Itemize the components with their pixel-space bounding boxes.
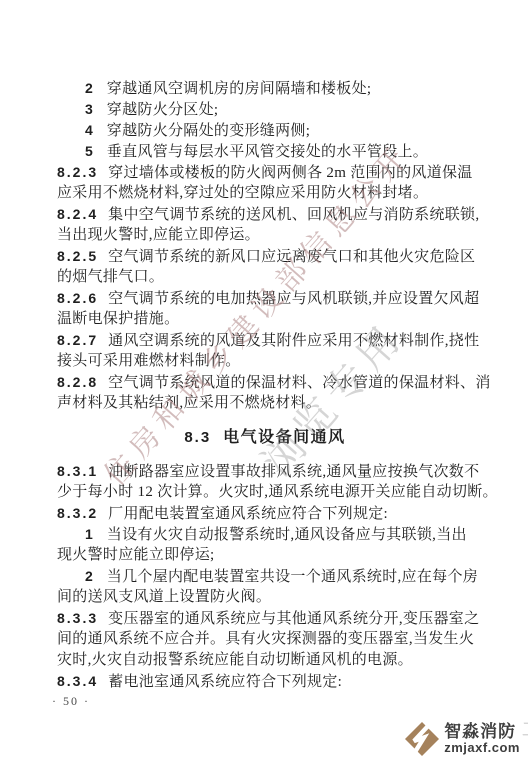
text-line: 8.2.3穿过墙体或楼板的防火阀两侧各 2m 范围内的风道保温 — [57, 162, 473, 183]
line-text: 集中空气调节系统的送风机、回风机应与消防系统联锁, — [108, 207, 479, 223]
line-text: 的烟气排气口。 — [57, 269, 164, 285]
vendor-brand-name: 智淼消防 — [444, 723, 520, 741]
text-line: 当出现火警时,应能立即停运。 — [57, 225, 473, 246]
vendor-stamp: 智淼消防 zmjaxf.com 工程 — [403, 720, 520, 758]
text-line: 温断电保护措施。 — [57, 309, 473, 330]
clause-number: 1 — [85, 526, 93, 542]
text-line: 现火警时应能立即停运; — [57, 545, 473, 566]
text-line: 2当几个屋内配电装置室共设一个通风系统时,应在每个房 — [57, 566, 473, 587]
clause-number: 8.3.3 — [57, 610, 98, 626]
text-line: 8.2.7通风空调系统的风道及其附件应采用不燃材料制作,挠性 — [57, 330, 473, 351]
text-line: 8.2.4集中空气调节系统的送风机、回风机应与消防系统联锁, — [57, 204, 473, 225]
line-text: 灾时,火灾自动报警系统应能自动切断通风机的电源。 — [57, 652, 413, 668]
line-text: 穿越防火分区处; — [107, 102, 219, 118]
vendor-stamp-texts: 智淼消防 zmjaxf.com 工程 — [444, 723, 520, 754]
line-text: 穿越通风空调机房的房间隔墙和楼板处; — [107, 81, 372, 97]
text-line: 8.2.8空气调节系统风道的保温材料、冷水管道的保温材料、消 — [57, 372, 473, 393]
line-text: 穿过墙体或楼板的防火阀两侧各 2m 范围内的风道保温 — [108, 165, 472, 181]
line-text: 通风空调系统的风道及其附件应采用不燃材料制作,挠性 — [108, 333, 479, 349]
line-text: 应采用不燃烧材料,穿过处的空隙应采用防火材料封堵。 — [57, 185, 428, 201]
clause-number: 5 — [85, 143, 93, 159]
clause-number: 8.3.2 — [57, 505, 98, 521]
text-line: 3穿越防火分区处; — [57, 99, 473, 120]
document-body: 2穿越通风空调机房的房间隔墙和楼板处; 3穿越防火分区处; 4穿越防火分隔处的变… — [57, 78, 473, 692]
line-text: 垂直风管与每层水平风管交接处的水平管段上。 — [107, 144, 428, 160]
line-text: 蓄电池室通风系统应符合下列规定: — [108, 674, 342, 690]
line-text: 接头可采用难燃材料制作。 — [57, 353, 241, 369]
clause-number: 8.3.4 — [57, 673, 98, 689]
line-text: 温断电保护措施。 — [57, 311, 179, 327]
line-text: 变压器室的通风系统应与其他通风系统分开,变压器室之 — [108, 611, 479, 627]
faint-watermark-text: 工程 — [522, 721, 528, 739]
clause-number: 8.3.1 — [57, 463, 98, 479]
line-text: 间的通风系统不应合并。具有火灾探测器的变压器室,当发生火 — [57, 631, 474, 647]
text-line: 灾时,火灾自动报警系统应能自动切断通风机的电源。 — [57, 650, 473, 671]
text-line: 8.3电气设备间通风 — [57, 427, 473, 449]
line-text: 空气调节系统风道的保温材料、冷水管道的保温材料、消 — [108, 375, 491, 391]
line-text: 少于每小时 12 次计算。火灾时,通风系统电源开关应能自动切断。 — [57, 484, 498, 500]
clause-number: 2 — [85, 80, 93, 96]
clause-number: 8.3 — [184, 429, 211, 446]
clause-number: 8.2.5 — [57, 248, 98, 264]
text-line: 8.3.1油断路器室应设置事故排风系统,通风量应按换气次数不 — [57, 461, 473, 482]
line-text: 穿越防火分隔处的变形缝两侧; — [107, 123, 310, 139]
clause-number: 8.2.3 — [57, 164, 98, 180]
text-line: 8.3.4蓄电池室通风系统应符合下列规定: — [57, 671, 473, 692]
text-line: 间的送风支风道上设置防火阀。 — [57, 587, 473, 608]
line-text: 空气调节系统的电加热器应与风机联锁,并应设置欠风超 — [108, 291, 479, 307]
text-line: 接头可采用难燃材料制作。 — [57, 351, 473, 372]
vendor-domain: zmjaxf.com — [444, 741, 520, 755]
text-line: 少于每小时 12 次计算。火灾时,通风系统电源开关应能自动切断。 — [57, 482, 473, 503]
line-text: 声材料及其粘结剂,应采用不燃烧材料。 — [57, 395, 321, 411]
text-line: 5垂直风管与每层水平风管交接处的水平管段上。 — [57, 141, 473, 162]
line-text: 间的送风支风道上设置防火阀。 — [57, 589, 271, 605]
line-text: 当出现火警时,应能立即停运。 — [57, 227, 260, 243]
clause-number: 2 — [85, 568, 93, 584]
text-line: 8.3.3变压器室的通风系统应与其他通风系统分开,变压器室之 — [57, 608, 473, 629]
text-line: 8.3.2厂用配电装置室通风系统应符合下列规定: — [57, 503, 473, 524]
clause-number: 8.2.8 — [57, 374, 98, 390]
page-number: · 50 · — [52, 694, 90, 709]
text-line: 声材料及其粘结剂,应采用不燃烧材料。 — [57, 393, 473, 414]
line-text: 现火警时应能立即停运; — [57, 547, 214, 563]
text-line: 应采用不燃烧材料,穿过处的空隙应采用防火材料封堵。 — [57, 183, 473, 204]
text-line: 4穿越防火分隔处的变形缝两侧; — [57, 120, 473, 141]
text-line: 间的通风系统不应合并。具有火灾探测器的变压器室,当发生火 — [57, 629, 473, 650]
line-text: 油断路器室应设置事故排风系统,通风量应按换气次数不 — [108, 464, 479, 480]
clause-number: 8.2.7 — [57, 332, 98, 348]
line-text: 电气设备间通风 — [223, 429, 346, 446]
line-text: 厂用配电装置室通风系统应符合下列规定: — [108, 506, 388, 522]
clause-number: 4 — [85, 122, 93, 138]
line-text: 当几个屋内配电装置室共设一个通风系统时,应在每个房 — [107, 569, 478, 585]
line-text: 当设有火灾自动报警系统时,通风设备应与其联锁,当出 — [107, 527, 467, 543]
clause-number: 8.2.4 — [57, 206, 98, 222]
text-line: 1当设有火灾自动报警系统时,通风设备应与其联锁,当出 — [57, 524, 473, 545]
clause-number: 8.2.6 — [57, 290, 98, 306]
text-line: 8.2.6空气调节系统的电加热器应与风机联锁,并应设置欠风超 — [57, 288, 473, 309]
diamond-bolt-icon — [403, 720, 441, 758]
line-text: 空气调节系统的新风口应远离废气口和其他火灾危险区 — [108, 249, 475, 265]
text-line: 8.2.5空气调节系统的新风口应远离废气口和其他火灾危险区 — [57, 246, 473, 267]
text-line: 的烟气排气口。 — [57, 267, 473, 288]
clause-number: 3 — [85, 101, 93, 117]
text-line: 2穿越通风空调机房的房间隔墙和楼板处; — [57, 78, 473, 99]
document-page: 住房和城乡建设部信息公开 浏览专用 2穿越通风空调机房的房间隔墙和楼板处; 3穿… — [0, 0, 528, 766]
